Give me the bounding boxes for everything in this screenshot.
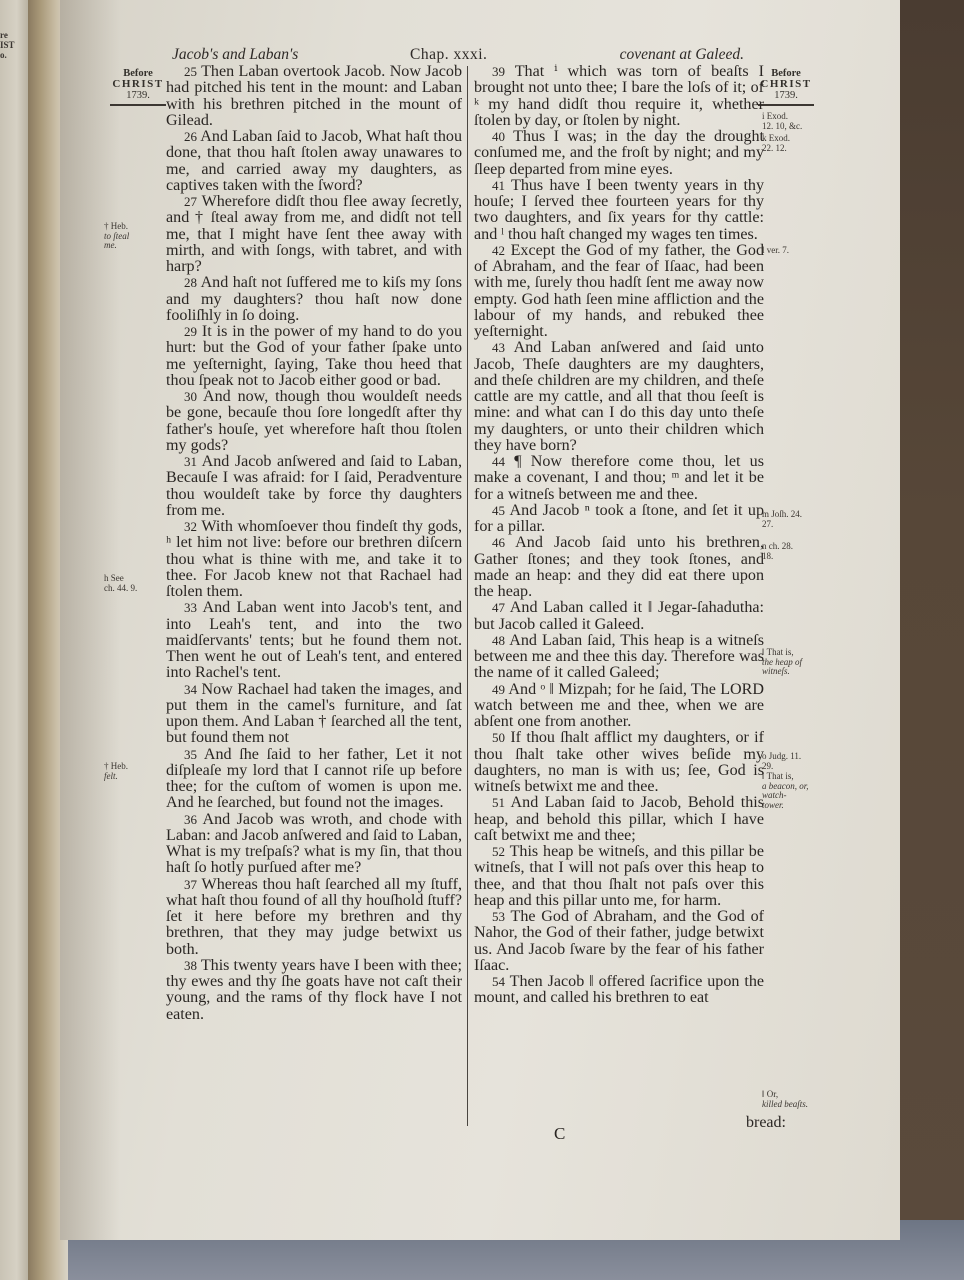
verse-33: 33 And Laban went into Jacob's tent, and… [166, 600, 462, 681]
verse-47: 47 And Laban called it ‖ Jegar-ſahadutha… [474, 600, 764, 633]
date-year: 1739. [110, 90, 166, 101]
verse-35: 35 And ſhe ſaid to her father, Let it no… [166, 747, 462, 812]
text-column-left: 25 Then Laban overtook Jacob. Now Jacob … [166, 64, 462, 1023]
verse-26: 26 And Laban ſaid to Jacob, What haſt th… [166, 129, 462, 194]
verse-31: 31 And Jacob anſwered and ſaid to Laban,… [166, 454, 462, 519]
running-head-left: Jacob's and Laban's [172, 46, 298, 64]
date-rule [110, 104, 166, 106]
margin-note-jegar-sahadutha: ‖ That is, the heap of witneſs. [762, 648, 802, 677]
margin-note-ver-7: l ver. 7. [762, 246, 789, 256]
margin-note-exod-22: k Exod. 22. 12. [762, 134, 790, 153]
verse-53: 53 The God of Abraham, and the God of Na… [474, 909, 764, 974]
verse-40: 40 Thus I was; in the day the drought co… [474, 129, 764, 178]
verse-25: 25 Then Laban overtook Jacob. Now Jacob … [166, 64, 462, 129]
verse-41: 41 Thus have I been twenty years in thy … [474, 178, 764, 243]
verse-28: 28 And haſt not ſuffered me to kiſs my ſ… [166, 275, 462, 324]
verse-29: 29 It is in the power of my hand to do y… [166, 324, 462, 389]
verse-51: 51 And Laban ſaid to Jacob, Behold this … [474, 795, 764, 844]
verse-38: 38 This twenty years have I been with th… [166, 958, 462, 1023]
verse-43: 43 And Laban anſwered and ſaid unto Jaco… [474, 340, 764, 454]
chapter-label: Chap. xxxi. [410, 46, 487, 64]
date-box-left: Before CHRIST 1739. [110, 68, 166, 106]
verse-42: 42 Except the God of my father, the God … [474, 243, 764, 341]
facing-page-edge: re IST o. [0, 0, 28, 1280]
facing-page-fragment: IST [0, 40, 15, 50]
margin-note-josh-24: m Joſh. 24. 27. [762, 510, 802, 529]
verse-39: 39 That ⁱ which was torn of beaſts I bro… [474, 64, 764, 129]
date-box-right: Before CHRIST 1739. [758, 68, 814, 106]
margin-note-heb-27: † Heb. to ſteal me. [104, 222, 129, 251]
verse-54: 54 Then Jacob ‖ offered ſacrifice upon t… [474, 974, 764, 1007]
date-rule [758, 104, 814, 106]
verse-50: 50 If thou ſhalt afflict my daughters, o… [474, 730, 764, 795]
verse-44: 44 ¶ Now therefore come thou, let us mak… [474, 454, 764, 503]
margin-note-mizpah: ‖ That is, a beacon, or, watch- tower. [762, 772, 809, 810]
margin-note-judg-11: o Judg. 11. 29. [762, 752, 801, 771]
catchword: bread: [746, 1114, 786, 1132]
verse-30: 30 And now, though thou wouldeſt needs b… [166, 389, 462, 454]
verse-34: 34 Now Rachael had taken the images, and… [166, 682, 462, 747]
margin-note-see-32: h See ch. 44. 9. [104, 574, 137, 593]
verse-52: 52 This heap be witneſs, and this pillar… [474, 844, 764, 909]
verse-49: 49 And ᵒ ‖ Mizpah; for he ſaid, The LORD… [474, 682, 764, 731]
margin-note-exod-12: i Exod. 12. 10, &c. [762, 112, 802, 131]
margin-note-heb-34: † Heb. felt. [104, 762, 128, 781]
running-head-right: covenant at Galeed. [620, 46, 744, 64]
verse-46: 46 And Jacob ſaid unto his brethren, Gat… [474, 535, 764, 600]
page-gutter-shadow [60, 0, 120, 1240]
signature-mark: C [554, 1124, 565, 1144]
facing-page-fragment: o. [0, 50, 15, 60]
text-column-right: 39 That ⁱ which was torn of beaſts I bro… [474, 64, 764, 1007]
verse-36: 36 And Jacob was wroth, and chode with L… [166, 812, 462, 877]
column-divider [467, 66, 468, 1126]
verse-48: 48 And Laban ſaid, This heap is a witneſ… [474, 633, 764, 682]
verse-45: 45 And Jacob ⁿ took a ſtone, and ſet it … [474, 503, 764, 536]
verse-32: 32 With whomſoever thou findeſt thy gods… [166, 519, 462, 600]
date-year: 1739. [758, 90, 814, 101]
verse-27: 27 Wherefore didſt thou flee away ſecret… [166, 194, 462, 275]
margin-note-or-54: ‖ Or, killed beaſts. [762, 1090, 808, 1109]
margin-note-ch-28: n ch. 28. 18. [762, 542, 793, 561]
verse-37: 37 Whereas thou haſt ſearched all my ſtu… [166, 877, 462, 958]
facing-page-fragment: re [0, 30, 15, 40]
date-christ-label: CHRIST [110, 79, 166, 90]
date-christ-label: CHRIST [758, 79, 814, 90]
